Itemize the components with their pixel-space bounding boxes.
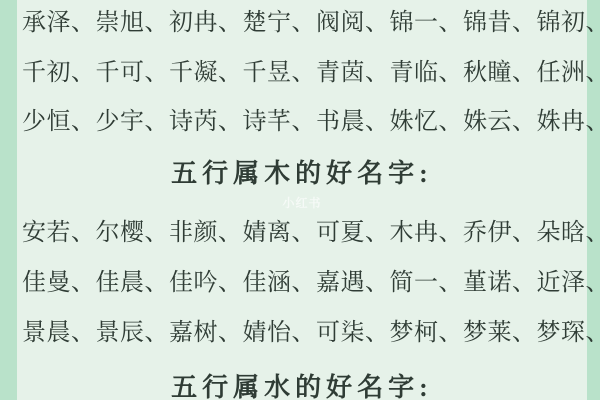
name-list-line: 千初、千可、千凝、千昱、青茵、青临、秋瞳、任洲、	[22, 58, 583, 88]
page-frame-left	[0, 0, 17, 400]
document-page: 承泽、崇旭、初冉、楚宁、阀阅、锦一、锦昔、锦初、 千初、千可、千凝、千昱、青茵、…	[17, 0, 587, 400]
name-list-line: 承泽、崇旭、初冉、楚宁、阀阅、锦一、锦昔、锦初、	[22, 8, 583, 38]
name-list-line: 佳曼、佳晨、佳吟、佳涵、嘉遇、简一、堇诺、近泽、	[22, 268, 583, 298]
watermark-xiaohongshu: 小红书	[17, 194, 587, 211]
name-list-line: 少恒、少宇、诗芮、诗芊、书晨、姝忆、姝云、姝冉、	[22, 107, 583, 137]
section-heading-water: 五行属水的好名字:	[17, 372, 587, 400]
name-list-line: 景晨、景辰、嘉树、婧怡、可柒、梦柯、梦莱、梦琛、	[22, 318, 583, 348]
name-list-line: 安若、尔樱、非颜、婧离、可夏、木冉、乔伊、朵晗、	[22, 218, 583, 248]
section-heading-wood: 五行属木的好名字:	[17, 158, 587, 190]
